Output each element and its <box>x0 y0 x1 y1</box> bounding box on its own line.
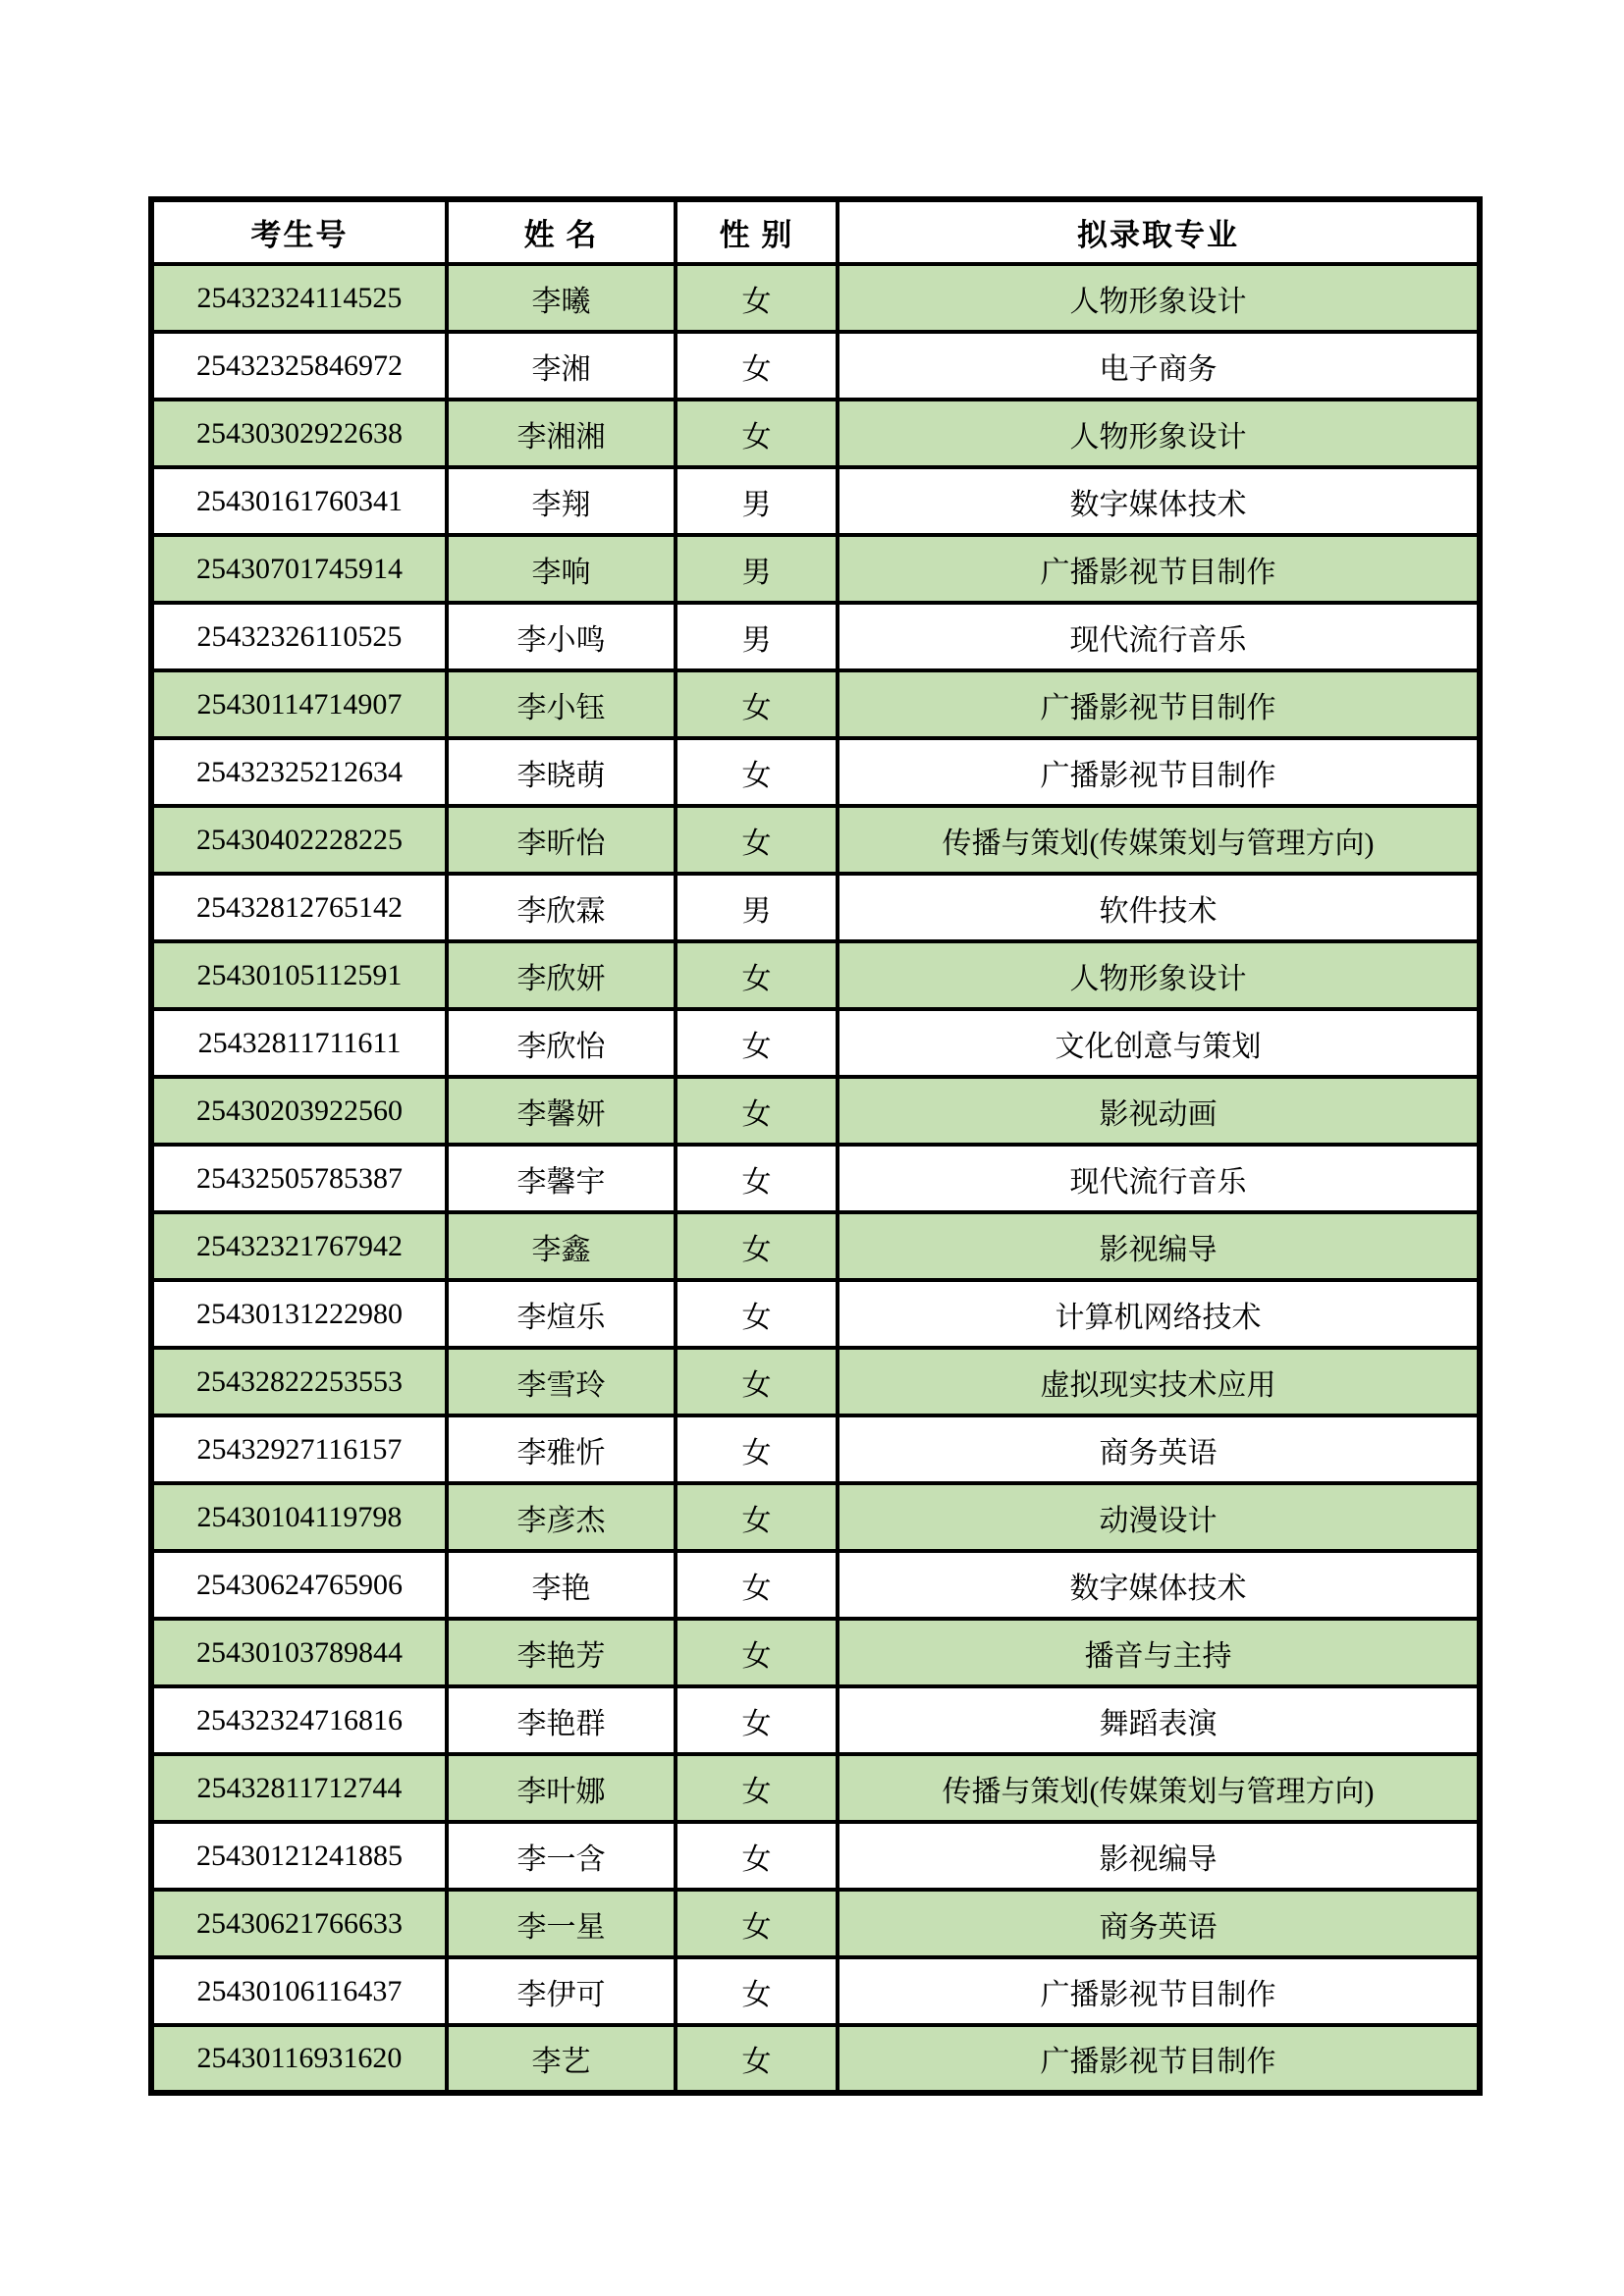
major-cell: 文化创意与策划 <box>838 1009 1480 1077</box>
gender-cell: 女 <box>676 1957 838 2025</box>
name-cell: 李湘 <box>447 332 676 400</box>
table-body: 25432324114525李曦女人物形象设计25432325846972李湘女… <box>151 264 1480 2093</box>
candidate-id-cell: 25432811711611 <box>151 1009 447 1077</box>
gender-cell: 女 <box>676 738 838 806</box>
name-cell: 李欣妍 <box>447 941 676 1009</box>
table-row: 25432326110525李小鸣男现代流行音乐 <box>151 603 1480 670</box>
table-row: 25430203922560李馨妍女影视动画 <box>151 1077 1480 1145</box>
gender-cell: 女 <box>676 1009 838 1077</box>
table-row: 25432812765142李欣霖男软件技术 <box>151 874 1480 941</box>
candidate-id-cell: 25432505785387 <box>151 1145 447 1212</box>
candidate-id-cell: 25430116931620 <box>151 2025 447 2093</box>
candidate-id-cell: 25430114714907 <box>151 670 447 738</box>
gender-cell: 女 <box>676 1077 838 1145</box>
gender-cell: 女 <box>676 1822 838 1890</box>
candidate-id-cell: 25430105112591 <box>151 941 447 1009</box>
table-row: 25432505785387李馨宇女现代流行音乐 <box>151 1145 1480 1212</box>
gender-cell: 女 <box>676 1483 838 1551</box>
name-cell: 李湘湘 <box>447 400 676 467</box>
gender-cell: 男 <box>676 874 838 941</box>
name-cell: 李一星 <box>447 1890 676 1957</box>
gender-cell: 男 <box>676 603 838 670</box>
table-row: 25430621766633李一星女商务英语 <box>151 1890 1480 1957</box>
candidate-id-cell: 25432812765142 <box>151 874 447 941</box>
table-row: 25432811711611李欣怡女文化创意与策划 <box>151 1009 1480 1077</box>
header-major: 拟录取专业 <box>838 199 1480 264</box>
gender-cell: 女 <box>676 1754 838 1822</box>
name-cell: 李伊可 <box>447 1957 676 2025</box>
gender-cell: 男 <box>676 467 838 535</box>
table-row: 25432324716816李艳群女舞蹈表演 <box>151 1686 1480 1754</box>
header-gender: 性 别 <box>676 199 838 264</box>
major-cell: 传播与策划(传媒策划与管理方向) <box>838 806 1480 874</box>
table-row: 25432822253553李雪玲女虚拟现实技术应用 <box>151 1348 1480 1415</box>
table-row: 25430624765906李艳女数字媒体技术 <box>151 1551 1480 1619</box>
candidate-id-cell: 25430121241885 <box>151 1822 447 1890</box>
table-row: 25430105112591李欣妍女人物形象设计 <box>151 941 1480 1009</box>
candidate-id-cell: 25432321767942 <box>151 1212 447 1280</box>
major-cell: 人物形象设计 <box>838 264 1480 332</box>
table-row: 25432811712744李叶娜女传播与策划(传媒策划与管理方向) <box>151 1754 1480 1822</box>
major-cell: 播音与主持 <box>838 1619 1480 1686</box>
gender-cell: 女 <box>676 400 838 467</box>
gender-cell: 女 <box>676 1145 838 1212</box>
name-cell: 李欣怡 <box>447 1009 676 1077</box>
table-row: 25430302922638李湘湘女人物形象设计 <box>151 400 1480 467</box>
major-cell: 影视动画 <box>838 1077 1480 1145</box>
name-cell: 李一含 <box>447 1822 676 1890</box>
name-cell: 李煊乐 <box>447 1280 676 1348</box>
name-cell: 李欣霖 <box>447 874 676 941</box>
table-row: 25430161760341李翔男数字媒体技术 <box>151 467 1480 535</box>
candidate-id-cell: 25430302922638 <box>151 400 447 467</box>
major-cell: 广播影视节目制作 <box>838 535 1480 603</box>
table-row: 25432325846972李湘女电子商务 <box>151 332 1480 400</box>
major-cell: 软件技术 <box>838 874 1480 941</box>
candidate-id-cell: 25430701745914 <box>151 535 447 603</box>
name-cell: 李曦 <box>447 264 676 332</box>
name-cell: 李馨宇 <box>447 1145 676 1212</box>
gender-cell: 女 <box>676 1348 838 1415</box>
name-cell: 李馨妍 <box>447 1077 676 1145</box>
major-cell: 计算机网络技术 <box>838 1280 1480 1348</box>
gender-cell: 女 <box>676 806 838 874</box>
major-cell: 广播影视节目制作 <box>838 738 1480 806</box>
gender-cell: 女 <box>676 264 838 332</box>
name-cell: 李艳 <box>447 1551 676 1619</box>
table-row: 25430402228225李昕怡女传播与策划(传媒策划与管理方向) <box>151 806 1480 874</box>
name-cell: 李艳芳 <box>447 1619 676 1686</box>
table-row: 25432927116157李雅忻女商务英语 <box>151 1415 1480 1483</box>
name-cell: 李晓萌 <box>447 738 676 806</box>
gender-cell: 女 <box>676 670 838 738</box>
admission-table: 考生号 姓 名 性 别 拟录取专业 25432324114525李曦女人物形象设… <box>148 196 1483 2096</box>
header-candidate-id: 考生号 <box>151 199 447 264</box>
table-row: 25432325212634李晓萌女广播影视节目制作 <box>151 738 1480 806</box>
candidate-id-cell: 25432324114525 <box>151 264 447 332</box>
candidate-id-cell: 25432325212634 <box>151 738 447 806</box>
major-cell: 人物形象设计 <box>838 941 1480 1009</box>
gender-cell: 女 <box>676 1686 838 1754</box>
table-row: 25430106116437李伊可女广播影视节目制作 <box>151 1957 1480 2025</box>
table-row: 25430121241885李一含女影视编导 <box>151 1822 1480 1890</box>
candidate-id-cell: 25430624765906 <box>151 1551 447 1619</box>
major-cell: 人物形象设计 <box>838 400 1480 467</box>
major-cell: 传播与策划(传媒策划与管理方向) <box>838 1754 1480 1822</box>
table-header: 考生号 姓 名 性 别 拟录取专业 <box>151 199 1480 264</box>
name-cell: 李艳群 <box>447 1686 676 1754</box>
major-cell: 商务英语 <box>838 1415 1480 1483</box>
major-cell: 数字媒体技术 <box>838 1551 1480 1619</box>
major-cell: 广播影视节目制作 <box>838 2025 1480 2093</box>
gender-cell: 女 <box>676 2025 838 2093</box>
candidate-id-cell: 25430203922560 <box>151 1077 447 1145</box>
gender-cell: 女 <box>676 1280 838 1348</box>
candidate-id-cell: 25430106116437 <box>151 1957 447 2025</box>
gender-cell: 女 <box>676 1212 838 1280</box>
gender-cell: 女 <box>676 1890 838 1957</box>
table-row: 25432324114525李曦女人物形象设计 <box>151 264 1480 332</box>
table-row: 25430104119798李彦杰女动漫设计 <box>151 1483 1480 1551</box>
document-page: 考生号 姓 名 性 别 拟录取专业 25432324114525李曦女人物形象设… <box>0 0 1624 2296</box>
major-cell: 影视编导 <box>838 1212 1480 1280</box>
major-cell: 影视编导 <box>838 1822 1480 1890</box>
name-cell: 李叶娜 <box>447 1754 676 1822</box>
major-cell: 广播影视节目制作 <box>838 1957 1480 2025</box>
gender-cell: 男 <box>676 535 838 603</box>
table-row: 25430131222980李煊乐女计算机网络技术 <box>151 1280 1480 1348</box>
candidate-id-cell: 25432324716816 <box>151 1686 447 1754</box>
name-cell: 李雅忻 <box>447 1415 676 1483</box>
gender-cell: 女 <box>676 332 838 400</box>
table-row: 25430116931620李艺女广播影视节目制作 <box>151 2025 1480 2093</box>
name-cell: 李鑫 <box>447 1212 676 1280</box>
table-row: 25430103789844李艳芳女播音与主持 <box>151 1619 1480 1686</box>
candidate-id-cell: 25432822253553 <box>151 1348 447 1415</box>
major-cell: 商务英语 <box>838 1890 1480 1957</box>
name-cell: 李雪玲 <box>447 1348 676 1415</box>
major-cell: 现代流行音乐 <box>838 1145 1480 1212</box>
gender-cell: 女 <box>676 941 838 1009</box>
table-row: 25430114714907李小钰女广播影视节目制作 <box>151 670 1480 738</box>
candidate-id-cell: 25432927116157 <box>151 1415 447 1483</box>
candidate-id-cell: 25432811712744 <box>151 1754 447 1822</box>
major-cell: 电子商务 <box>838 332 1480 400</box>
header-row: 考生号 姓 名 性 别 拟录取专业 <box>151 199 1480 264</box>
candidate-id-cell: 25430621766633 <box>151 1890 447 1957</box>
candidate-id-cell: 25430402228225 <box>151 806 447 874</box>
header-name: 姓 名 <box>447 199 676 264</box>
gender-cell: 女 <box>676 1551 838 1619</box>
candidate-id-cell: 25430104119798 <box>151 1483 447 1551</box>
major-cell: 现代流行音乐 <box>838 603 1480 670</box>
name-cell: 李翔 <box>447 467 676 535</box>
name-cell: 李小鸣 <box>447 603 676 670</box>
candidate-id-cell: 25432326110525 <box>151 603 447 670</box>
candidate-id-cell: 25430131222980 <box>151 1280 447 1348</box>
name-cell: 李小钰 <box>447 670 676 738</box>
major-cell: 虚拟现实技术应用 <box>838 1348 1480 1415</box>
gender-cell: 女 <box>676 1415 838 1483</box>
name-cell: 李昕怡 <box>447 806 676 874</box>
table-row: 25430701745914李响男广播影视节目制作 <box>151 535 1480 603</box>
table-row: 25432321767942李鑫女影视编导 <box>151 1212 1480 1280</box>
candidate-id-cell: 25432325846972 <box>151 332 447 400</box>
candidate-id-cell: 25430103789844 <box>151 1619 447 1686</box>
name-cell: 李彦杰 <box>447 1483 676 1551</box>
gender-cell: 女 <box>676 1619 838 1686</box>
major-cell: 动漫设计 <box>838 1483 1480 1551</box>
major-cell: 数字媒体技术 <box>838 467 1480 535</box>
major-cell: 广播影视节目制作 <box>838 670 1480 738</box>
major-cell: 舞蹈表演 <box>838 1686 1480 1754</box>
name-cell: 李响 <box>447 535 676 603</box>
candidate-id-cell: 25430161760341 <box>151 467 447 535</box>
name-cell: 李艺 <box>447 2025 676 2093</box>
